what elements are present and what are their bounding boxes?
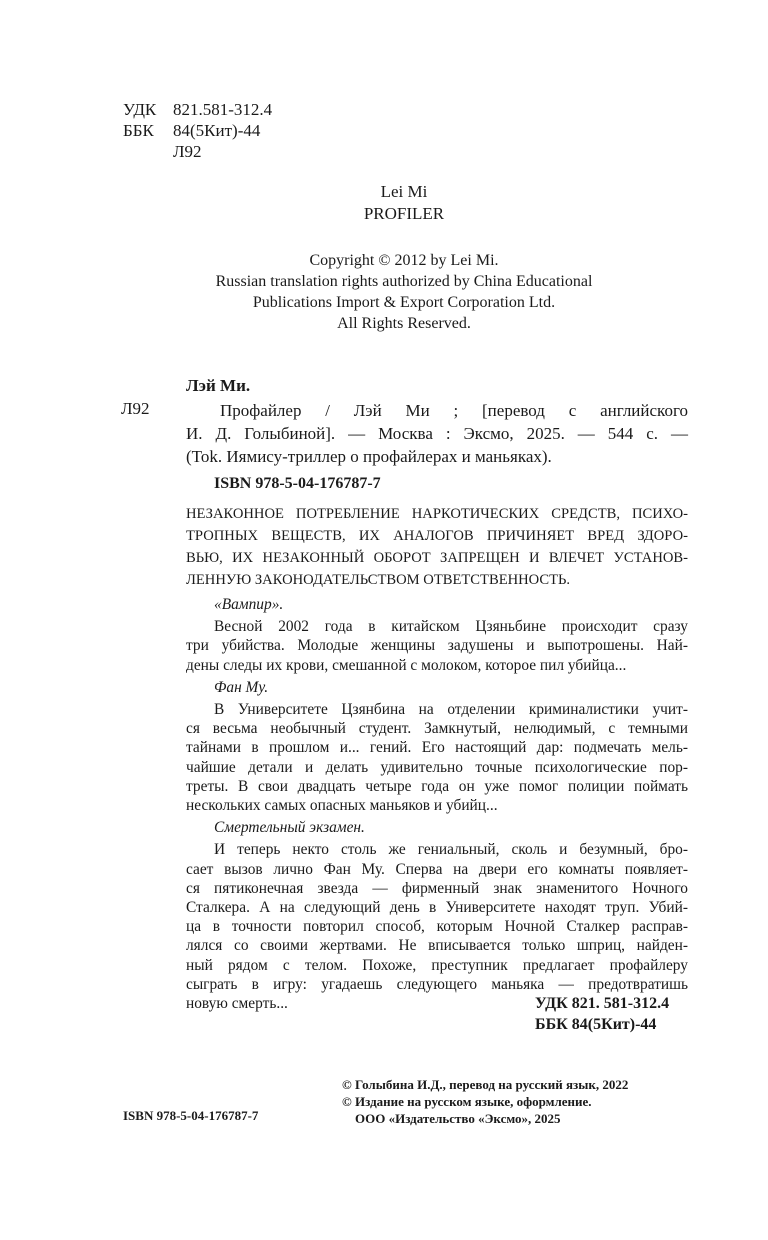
annotation-line: дены следы их крови, смешанной с молоком… <box>186 656 688 675</box>
biblio-line: Профайлер / Лэй Ми ; [перевод с английск… <box>186 399 688 422</box>
annotation-line: сает вызов лично Фан Му. Сперва на двери… <box>186 860 688 879</box>
annotation-line: нескольких самых опасных маньяков и убий… <box>186 796 688 815</box>
author-sign-row: Л92 <box>123 141 272 162</box>
original-author: Lei Mi <box>0 181 768 203</box>
author-sign: Л92 <box>173 141 202 162</box>
classification-top: УДК821.581-312.4 ББК84(5Кит)-44 Л92 <box>123 99 272 162</box>
annotation-line: ный рядом с телом. Похоже, преступник пр… <box>186 956 688 975</box>
copyright-line: Copyright © 2012 by Lei Mi. <box>0 250 768 271</box>
warning-line: ВЬЮ, ИХ НЕЗАКОННЫЙ ОБОРОТ ЗАПРЕЩЕН И ВЛЕ… <box>186 547 688 569</box>
bbk-value: 84(5Кит)-44 <box>173 120 260 141</box>
annotation-line: И теперь некто столь же гениальный, скол… <box>186 840 688 859</box>
annotation-line: ся весьма необычный студент. Замкнутый, … <box>186 719 688 738</box>
annotation-heading: «Вампир». <box>186 595 688 614</box>
annotation-line: три убийства. Молодые женщины задушены и… <box>186 636 688 655</box>
original-copyright: Copyright © 2012 by Lei Mi. Russian tran… <box>0 250 768 334</box>
annotation-line: Весной 2002 года в китайском Цзяньбине п… <box>186 617 688 636</box>
annotation-line: Сталкера. А на следующий день в Универси… <box>186 898 688 917</box>
copyright-line: Russian translation rights authorized by… <box>0 271 768 292</box>
udk-bottom: УДК 821. 581-312.4 <box>535 993 669 1014</box>
annotation-line: ца в точности повторил способ, которым Н… <box>186 917 688 936</box>
udk-value: 821.581-312.4 <box>173 99 272 120</box>
copyright-edition: © Издание на русском языке, оформление. <box>342 1093 628 1110</box>
annotation-heading: Фан Му. <box>186 678 688 697</box>
annotation-paragraph: Весной 2002 года в китайском Цзяньбине п… <box>186 617 688 675</box>
copyright-publisher: ООО «Издательство «Эксмо», 2025 <box>342 1110 628 1127</box>
bibliographic-author-heading: Лэй Ми. <box>186 376 250 396</box>
copyright-line: Publications Import & Export Corporation… <box>0 292 768 313</box>
warning-line: ЛЕННУЮ ЗАКОНОДАТЕЛЬСТВОМ ОТВЕТСТВЕННОСТЬ… <box>186 569 688 591</box>
annotation-line: лялся со своими жертвами. Не вписывается… <box>186 936 688 955</box>
copyright-line: All Rights Reserved. <box>0 313 768 334</box>
original-title-block: Lei Mi PROFILER <box>0 181 768 225</box>
biblio-line: И. Д. Голыбиной]. — Москва : Эксмо, 2025… <box>186 422 688 445</box>
annotation-line: чайшие детали и делать удивительно точны… <box>186 758 688 777</box>
bbk-bottom: ББК 84(5Кит)-44 <box>535 1014 669 1035</box>
bbk-row: ББК84(5Кит)-44 <box>123 120 272 141</box>
annotation-line: треты. В свои двадцать четыре года он уж… <box>186 777 688 796</box>
annotation-line: сыграть в игру: угадаешь следующего мань… <box>186 975 688 994</box>
bbk-label: ББК <box>123 120 173 141</box>
udk-label: УДК <box>123 99 173 120</box>
footer-isbn: ISBN 978-5-04-176787-7 <box>123 1108 258 1124</box>
original-title: PROFILER <box>0 203 768 225</box>
annotation-line: ся пятиконечная звезда — фирменный знак … <box>186 879 688 898</box>
classification-bottom: УДК 821. 581-312.4 ББК 84(5Кит)-44 <box>535 993 669 1035</box>
warning-line: ТРОПНЫХ ВЕЩЕСТВ, ИХ АНАЛОГОВ ПРИЧИНЯЕТ В… <box>186 525 688 547</box>
annotation-paragraph: В Университете Цзянбина на отделении кри… <box>186 700 688 815</box>
annotation-line: тайнами в прошлом и... гений. Его настоя… <box>186 738 688 757</box>
isbn: ISBN 978-5-04-176787-7 <box>214 475 381 493</box>
bibliographic-author-sign: Л92 <box>121 399 150 419</box>
copyright-translation: © Голыбина И.Д., перевод на русский язык… <box>342 1076 628 1093</box>
annotation-line: В Университете Цзянбина на отделении кри… <box>186 700 688 719</box>
annotation-heading: Смертельный экзамен. <box>186 818 688 837</box>
legal-warning: НЕЗАКОННОЕ ПОТРЕБЛЕНИЕ НАРКОТИЧЕСКИХ СРЕ… <box>186 503 688 591</box>
udk-row: УДК821.581-312.4 <box>123 99 272 120</box>
annotation-paragraph: И теперь некто столь же гениальный, скол… <box>186 840 688 1013</box>
warning-line: НЕЗАКОННОЕ ПОТРЕБЛЕНИЕ НАРКОТИЧЕСКИХ СРЕ… <box>186 503 688 525</box>
annotation: «Вампир». Весной 2002 года в китайском Ц… <box>186 595 688 1016</box>
footer-copyrights: © Голыбина И.Д., перевод на русский язык… <box>342 1076 628 1127</box>
biblio-line: (Tok. Иямису-триллер о профайлерах и ман… <box>186 445 688 468</box>
bibliographic-description: Профайлер / Лэй Ми ; [перевод с английск… <box>186 399 688 468</box>
